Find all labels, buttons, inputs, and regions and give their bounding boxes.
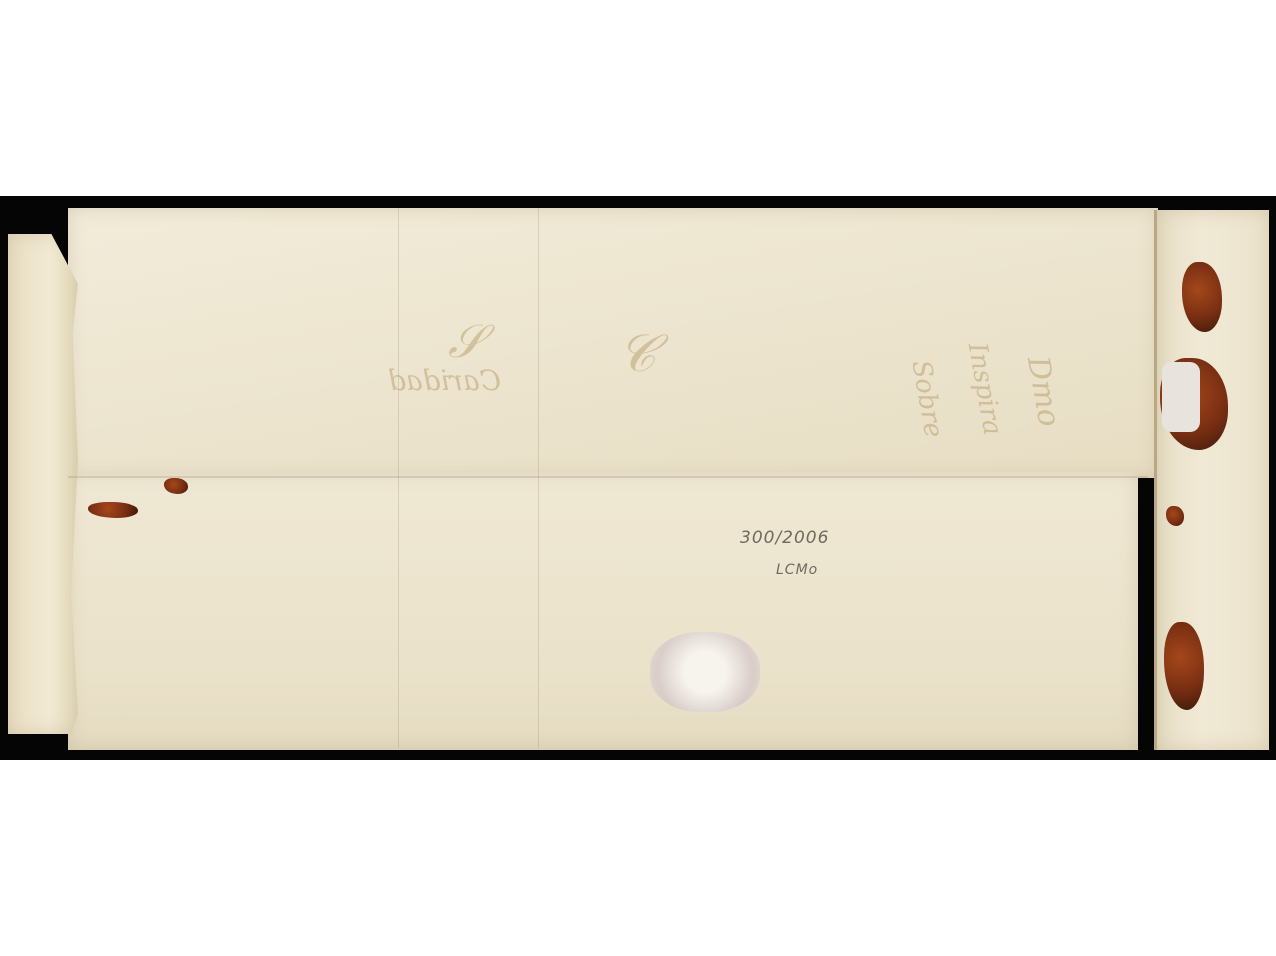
paper-repair-patch [1162, 362, 1200, 432]
bleed-through-flourish: 𝒮 [448, 314, 484, 370]
vertical-fold-crease [398, 208, 399, 748]
erasure-smudge [650, 632, 760, 712]
rust-stain [164, 478, 188, 494]
horizontal-fold-crease [68, 476, 1148, 478]
rust-stain [1166, 506, 1184, 526]
left-fold-flap [8, 234, 78, 734]
letter-sheet: Caridad 𝒞 𝒮 Sobre Inspira Dmo [8, 204, 1266, 752]
top-fold-panel [68, 208, 1158, 478]
bleed-through-script: Caridad [388, 364, 501, 397]
pencil-inventory-number: 300/2006 [740, 528, 829, 548]
pencil-initials: LCMo [776, 562, 818, 578]
vertical-fold-crease [538, 208, 539, 748]
bottom-fold-panel [68, 472, 1138, 750]
bleed-through-flourish: 𝒞 [618, 324, 656, 385]
